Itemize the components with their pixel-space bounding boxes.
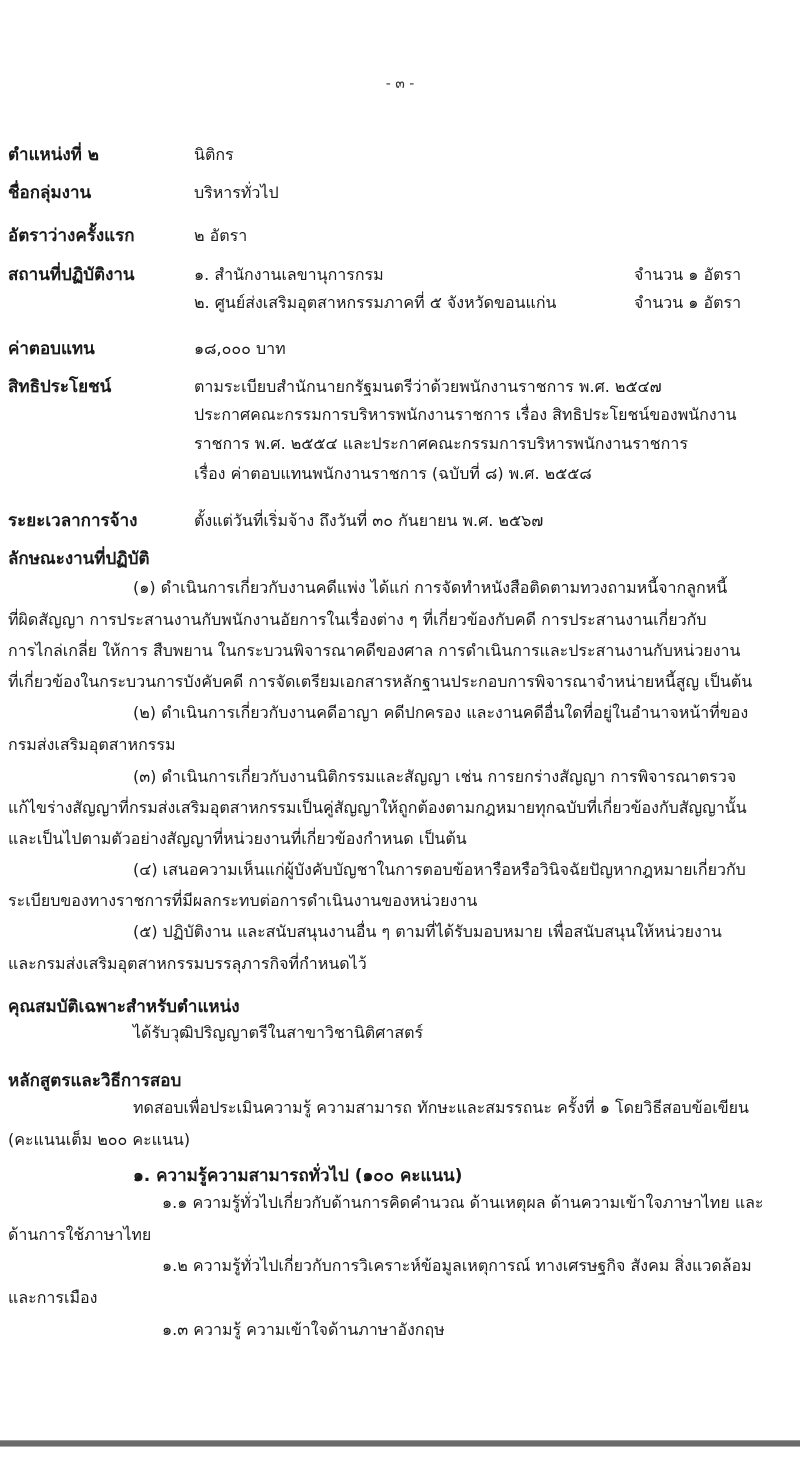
field-value: บริหารทั่วไป [194,183,279,203]
duty-line: กรมส่งเสริมอุตสาหกรรม [8,735,176,755]
duty-line: แก้ไขร่างสัญญาที่กรมส่งเสริมอุตสาหกรรมเป… [8,798,747,818]
duty-line: และกรมส่งเสริมอุตสาหกรรมบรรลุภารกิจที่กำ… [8,954,367,974]
duty-line: ระเบียบของทางราชการที่มีผลกระทบต่อการดำเ… [8,891,477,911]
duty-line: (๑) ดำเนินการเกี่ยวกับงานคดีแพ่ง ได้แก่ … [133,578,727,598]
location-count: จำนวน ๑ อัตรา [634,293,741,313]
exam-item: ๑.๒ ความรู้ทั่วไปเกี่ยวกับการวิเคราะห์ข้… [162,1256,752,1276]
benefits-line: ประกาศคณะกรรมการบริหารพนักงานราชการ เรื่… [194,405,737,425]
duty-line: (๔) เสนอความเห็นแก่ผู้บังคับบัญชาในการตอ… [133,860,746,880]
exam-item-cont: ด้านการใช้ภาษาไทย [8,1225,151,1245]
field-value: ๒ อัตรา [194,226,247,246]
exam-section-1: ๑. ความรู้ความสามารถทั่วไป (๑๐๐ คะแนน) [133,1162,462,1189]
qualifications-text: ได้รับวุฒิปริญญาตรีในสาขาวิชานิติศาสตร์ [133,1023,423,1043]
field-label: สถานที่ปฏิบัติงาน [8,265,135,285]
benefits-line: ตามระเบียบสำนักนายกรัฐมนตรีว่าด้วยพนักงา… [194,377,662,397]
duty-line: ที่เกี่ยวข้องในกระบวนการบังคับคดี การจัด… [8,672,752,692]
location-count: จำนวน ๑ อัตรา [634,265,741,285]
benefits-line: ราชการ พ.ศ. ๒๕๕๔ และประกาศคณะกรรมการบริห… [194,434,688,454]
duties-heading: ลักษณะงานที่ปฏิบัติ [8,545,150,572]
duty-line: ที่ผิดสัญญา การประสานงานกับพนักงานอัยการ… [8,610,706,630]
location-name: ๑. สำนักงานเลขานุการกรม [194,265,384,285]
exam-item: ๑.๑ ความรู้ทั่วไปเกี่ยวกับด้านการคิดคำนว… [162,1193,764,1213]
exam-intro: ทดสอบเพื่อประเมินความรู้ ความสามารถ ทักษ… [133,1098,749,1118]
duty-line: (๕) ปฏิบัติงาน และสนับสนุนงานอื่น ๆ ตามท… [133,922,722,942]
field-label: ระยะเวลาการจ้าง [8,511,137,531]
exam-item-cont: และการเมือง [8,1288,97,1308]
field-label: ตำแหน่งที่ ๒ [8,145,99,165]
field-label: ค่าตอบแทน [8,339,95,359]
duty-line: (๓) ดำเนินการเกี่ยวกับงานนิติกรรมและสัญญ… [133,767,736,787]
exam-intro-2: (คะแนนเต็ม ๒๐๐ คะแนน) [8,1130,190,1150]
duty-line: การไกล่เกลี่ย ให้การ สืบพยาน ในกระบวนพิจ… [8,641,740,661]
field-label: สิทธิประโยชน์ [8,377,111,397]
page-number: - ๓ - [0,73,800,95]
field-label: ชื่อกลุ่มงาน [8,183,91,203]
field-label: อัตราว่างครั้งแรก [8,226,135,246]
field-value: นิติกร [194,145,234,165]
qualifications-heading: คุณสมบัติเฉพาะสำหรับตำแหน่ง [8,993,240,1020]
duty-line: (๒) ดำเนินการเกี่ยวกับงานคดีอาญา คดีปกคร… [133,703,748,723]
benefits-line: เรื่อง ค่าตอบแทนพนักงานราชการ (ฉบับที่ ๘… [194,464,592,484]
duty-line: และเป็นไปตามตัวอย่างสัญญาที่หน่วยงานที่เ… [8,829,467,849]
exam-heading: หลักสูตรและวิธีการสอบ [8,1067,181,1094]
field-value: ตั้งแต่วันที่เริ่มจ้าง ถึงวันที่ ๓๐ กันย… [194,511,543,531]
exam-item: ๑.๓ ความรู้ ความเข้าใจด้านภาษาอังกฤษ [162,1320,445,1340]
location-name: ๒. ศูนย์ส่งเสริมอุตสาหกรรมภาคที่ ๕ จังหว… [194,293,556,313]
page-bottom-border [0,1440,800,1447]
field-value: ๑๘,๐๐๐ บาท [194,339,286,359]
